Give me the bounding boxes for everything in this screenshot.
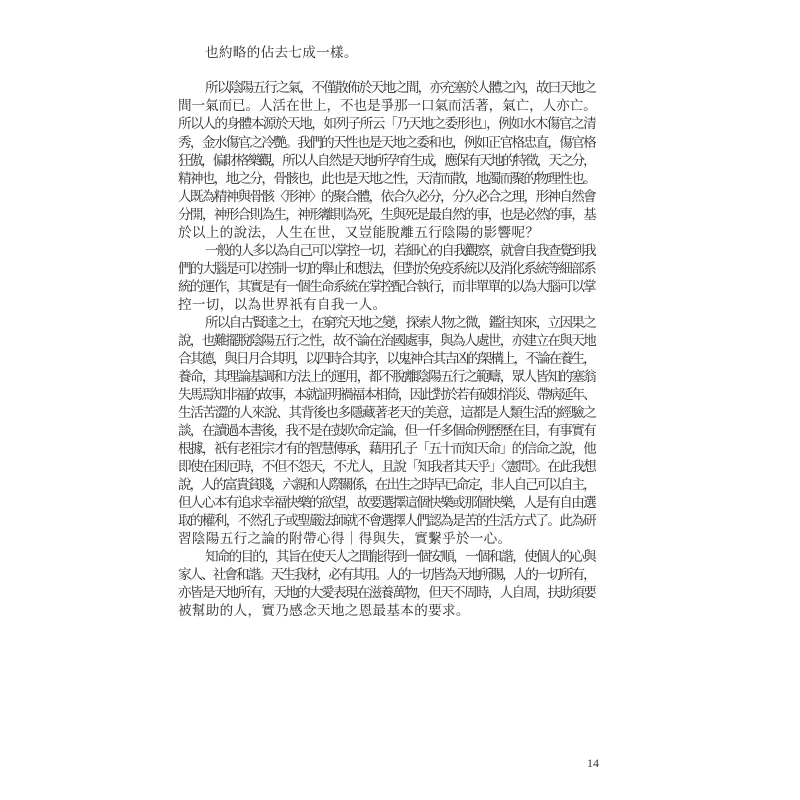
text-line: 於以上的說法，人生在世，又豈能脫離五行陰陽的影響呢？ bbox=[178, 224, 539, 242]
text-line: 們的大腦是可以控制一切的舉止和想法，但對於免疫系統以及消化系統等細部系 bbox=[178, 260, 595, 278]
text-line: 養命，其理論基調和方法上的運用，都不脫離陰陽五行之範疇，眾人皆知的塞翁 bbox=[178, 368, 595, 386]
book-page: 也約略的佔去七成一樣。所以陰陽五行之氣，不僅散佈於天地之間，亦充塞於人體之內，故… bbox=[0, 0, 800, 800]
text-line: 說，人的富貴貧賤，六親和人際關係，在出生之時早已命定，非人自己可以自主， bbox=[178, 476, 595, 494]
text-line: 合其德，與日月合其明，以四時合其序，以鬼神合其吉凶的架構上，不論在養生， bbox=[178, 350, 595, 368]
text-line: 取的權利，不然孔子或聖嚴法師就不會選擇人們認為是苦的生活方式了。此為研 bbox=[178, 512, 595, 530]
text-line: 生活苦澀的人來說、其背後也多隱藏著老天的美意，這都是人類生活的經驗之 bbox=[178, 404, 595, 422]
text-line: 亦皆是天地所有，天地的大愛表現在滋養萬物，但天不周時，人自周，扶助須要 bbox=[178, 584, 595, 602]
text-line: 習陰陽五行之論的附帶心得｜得與失，實繫乎於一心。 bbox=[178, 530, 511, 548]
text-line: 間一氣而已。人活在世上，不也是爭那一口氣而活著，氣亡，人亦亡。 bbox=[178, 97, 597, 115]
text-line: 所以人的身體本源於天地，如列子所云「乃天地之委形也」，例如水木傷官之清 bbox=[178, 115, 595, 133]
text-line: 失馬焉知非福的故事，本就証明禍福本相倚，因此對於若有破財消災、帶病延年、 bbox=[178, 386, 595, 404]
text-line: 所以自古賢達之士，在窮究天地之變，探索人物之微，鑑往知來，立因果之 bbox=[205, 314, 595, 332]
text-line: 根據，祇有老祖宗才有的智慧傳承，藉用孔子「五十而知天命」的信命之說，他 bbox=[178, 440, 595, 458]
text-line: 即使在困厄時，不但不怨天，不尤人，且說「知我者其天乎」〈憲問〉。在此我想 bbox=[178, 458, 595, 476]
text-line: 但人心本有追求幸福快樂的欲望，故要選擇這個快樂或那個快樂，人是有自由選 bbox=[178, 494, 595, 512]
text-line: 所以陰陽五行之氣，不僅散佈於天地之間，亦充塞於人體之內，故曰天地之 bbox=[205, 79, 595, 97]
text-line: 控一切，以為世界祇有自我一人。 bbox=[178, 296, 386, 314]
text-line: 被幫助的人，實乃感念天地之恩最基本的要求。 bbox=[178, 602, 470, 620]
text-line: 家人、社會和諧。天生我材，必有其用。人的一切皆為天地所賜，人的一切所有， bbox=[178, 566, 595, 584]
text-line: 精神也，地之分，骨骸也，此也是天地之性，天清而散，地濁而聚的物理性也。 bbox=[178, 170, 595, 188]
text-line: 說，也難擺脫陰陽五行之性，故不論在治國處事，與為人處世，亦建立在與天地 bbox=[178, 332, 595, 350]
text-line: 一般的人多以為自己可以掌控一切，若細心的自我觀察，就會自我查覺到我 bbox=[205, 242, 595, 260]
text-line: 也約略的佔去七成一樣。 bbox=[205, 44, 358, 62]
text-line: 知命的目的，其旨在使天人之間能得到一個安順，一個和諧，使個人的心與 bbox=[205, 548, 595, 566]
text-line: 秀，金水傷官之冷艷。我們的天性也是天地之委和也，例如正官格忠直，傷官格 bbox=[178, 134, 595, 152]
text-line: 分開，神形合則為生，神形離則為死，生與死是最自然的事，也是必然的事，基 bbox=[178, 206, 595, 224]
page-number: 14 bbox=[587, 756, 599, 771]
text-line: 談，在讀過本書後，我不是在鼓吹命定論，但一仟多個命例歷歷在目，有事實有 bbox=[178, 422, 595, 440]
text-line: 統的運作，其實是有一個生命系統在掌控配合執行，而非單單的以為大腦可以掌 bbox=[178, 278, 595, 296]
text-line: 狂傲，偏財格樂觀，所以人自然是天地所孕育生成，應保有天地的特徵，天之分， bbox=[178, 152, 595, 170]
text-line: 人既為精神與骨骸〈形神〉的聚合體，依合久必分，分久必合之理，形神自然會 bbox=[178, 188, 595, 206]
